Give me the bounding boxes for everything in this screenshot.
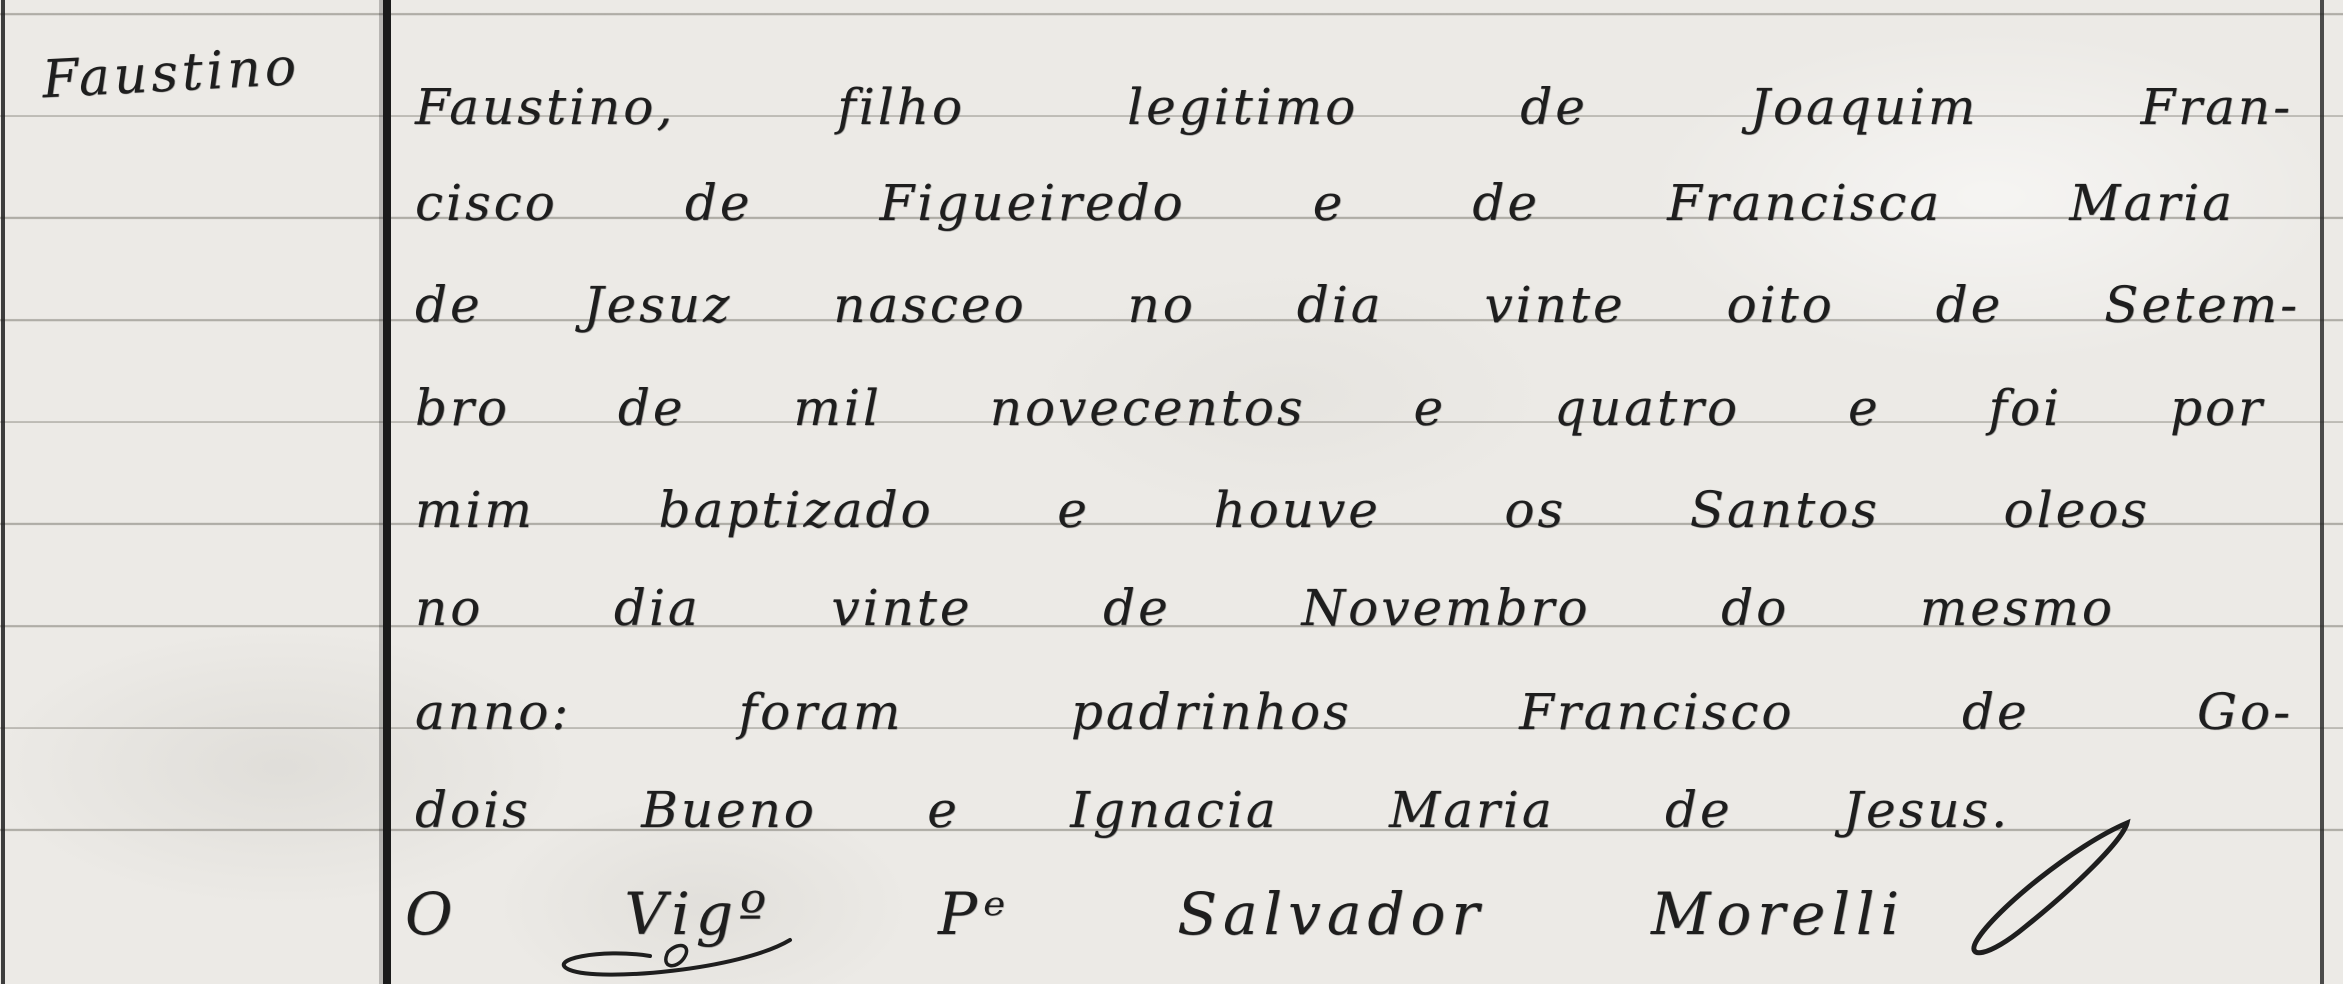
column-divider-line (383, 0, 391, 984)
record-line: bro de mil novecentos e quatro e foi por (415, 381, 2265, 436)
record-line: no dia vinte de Novembro do mesmo (415, 581, 2115, 636)
record-line: mim baptizado e houve os Santos oleos (415, 483, 2150, 538)
record-line: Faustino, filho legitimo de Joaquim Fran… (415, 80, 2293, 135)
margin-name-text: Faustino (41, 34, 364, 111)
record-line: de Jesuz nasceo no dia vinte oito de Set… (415, 278, 2300, 333)
right-margin-line (2320, 0, 2324, 984)
signature-line: O Vigº Pᵉ Salvador Morelli (405, 880, 1905, 948)
record-line: dois Bueno e Ignacia Maria de Jesus. (415, 783, 2010, 838)
record-line: anno: foram padrinhos Francisco de Go- (415, 685, 2293, 740)
left-edge-line (1, 0, 5, 984)
register-page: Faustino Faustino, filho legitimo de Joa… (0, 0, 2343, 984)
record-line: cisco de Figueiredo e de Francisca Maria (415, 176, 2235, 231)
